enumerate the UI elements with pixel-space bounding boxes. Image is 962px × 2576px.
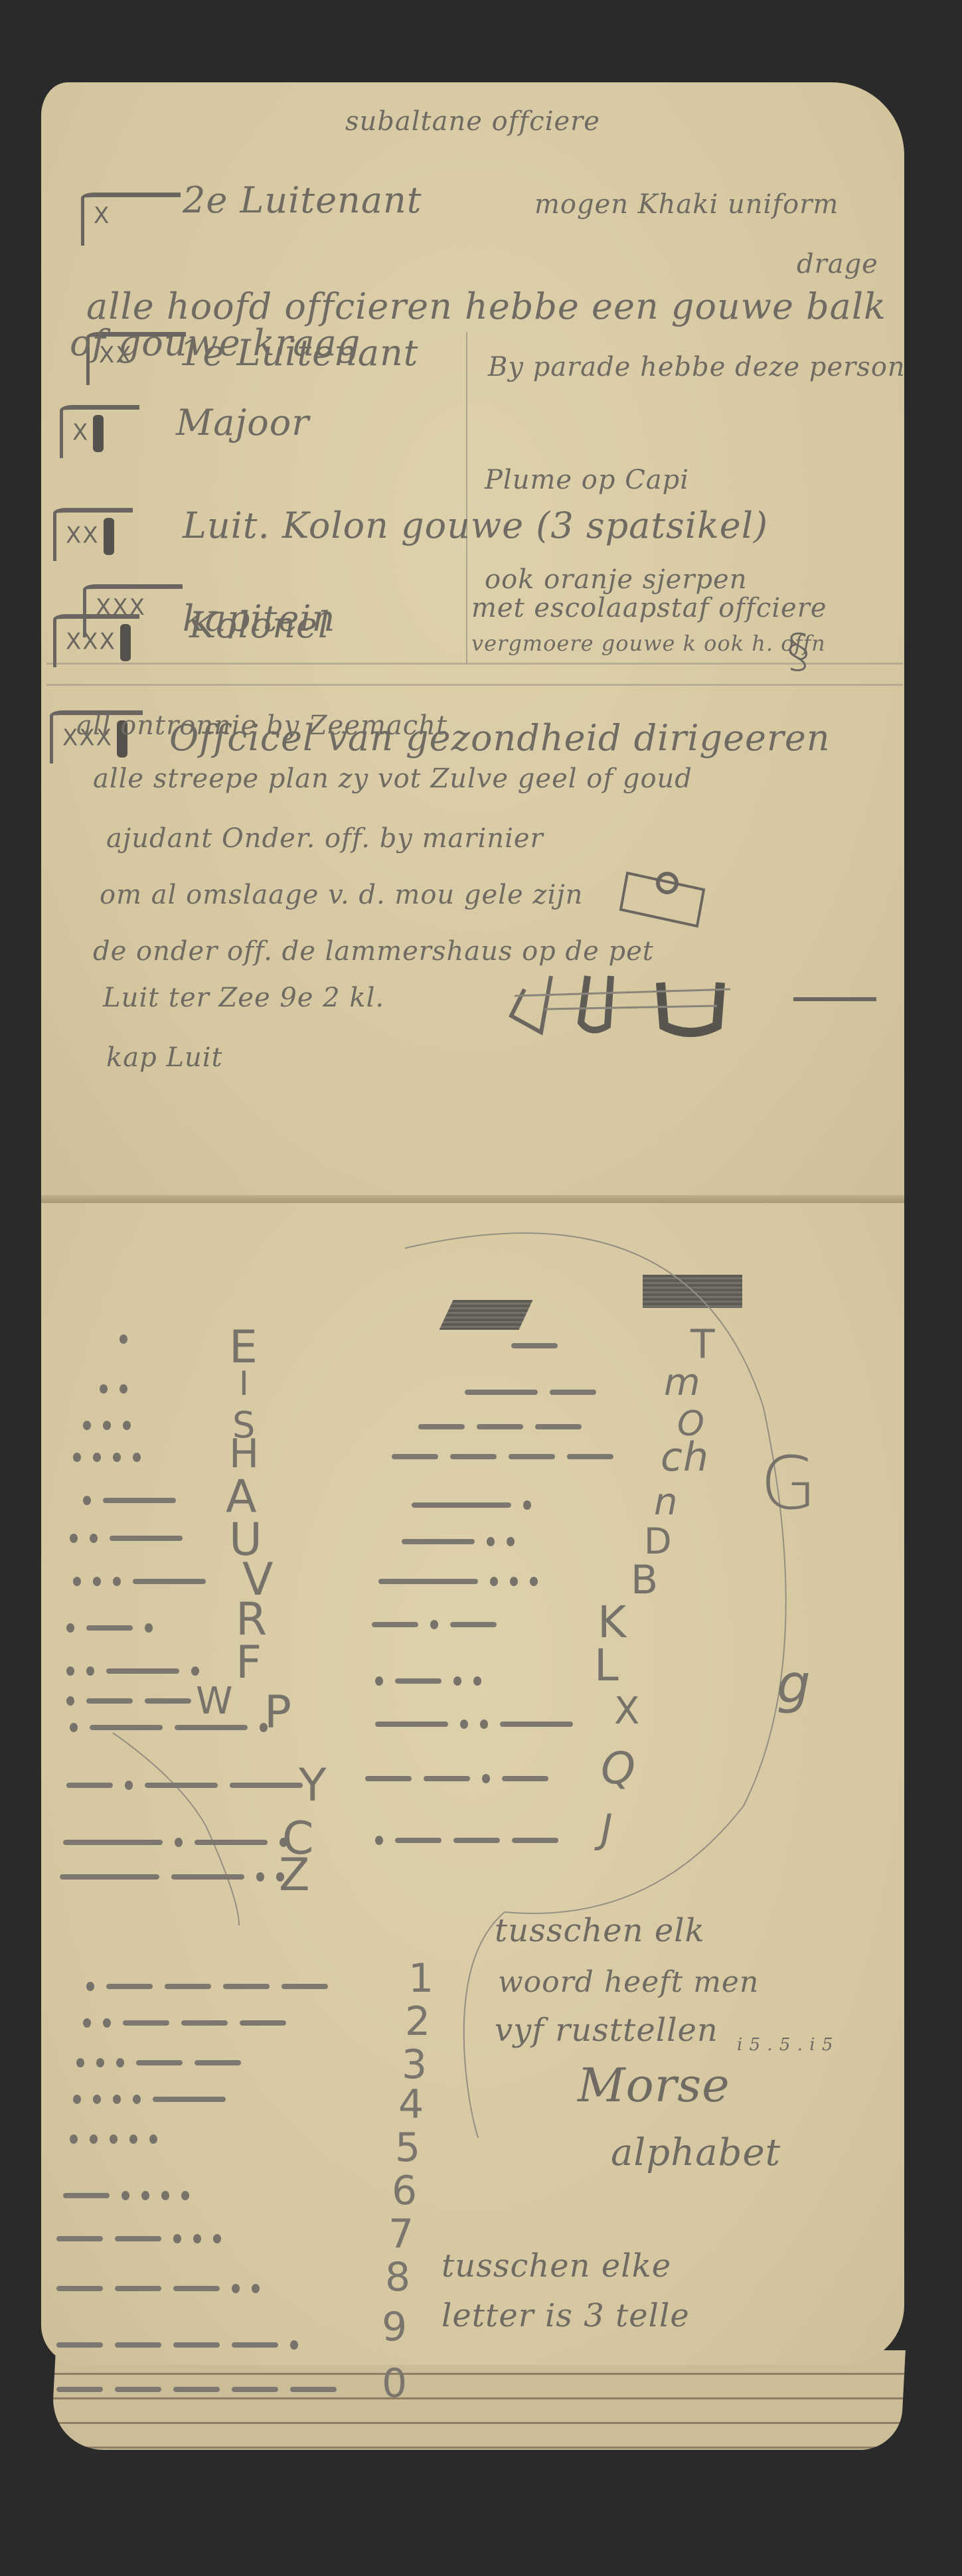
morse-digit: 5 (395, 2125, 420, 2171)
morse-code-x (375, 1720, 573, 1729)
morse-letter: J (601, 1806, 613, 1852)
morse-code-i (100, 1384, 127, 1394)
big-letter-g: G (760, 1441, 817, 1526)
morse-code-2 (83, 2018, 286, 2028)
annotation-dots: i 5 . 5 . i 5 (737, 2035, 833, 2055)
morse-letter: W (196, 1680, 232, 1723)
morse-code-u (70, 1534, 183, 1543)
small-script-g: g (777, 1653, 811, 1715)
morse-code-q (365, 1774, 548, 1783)
morse-code-y (66, 1781, 303, 1790)
morse-code-h (73, 1453, 141, 1462)
morse-code-4 (73, 2095, 226, 2104)
morse-code-c (63, 1838, 287, 1847)
morse-digit: 0 (382, 2360, 407, 2407)
morse-letter: X (614, 1690, 639, 1733)
morse-code-0 (56, 2387, 337, 2392)
morse-code-3 (76, 2058, 241, 2067)
morse-code-k (372, 1620, 497, 1629)
morse-code-r (66, 1623, 153, 1633)
morse-digit: 4 (398, 2081, 424, 2128)
morse-digit: 1 (408, 1955, 434, 2002)
note-line: letter is 3 telle (441, 2297, 690, 2334)
morse-digit: 2 (405, 1998, 430, 2045)
morse-digit: 8 (385, 2254, 410, 2300)
morse-code-w (66, 1696, 191, 1706)
morse-digit: 9 (382, 2304, 407, 2350)
morse-letter: I (239, 1364, 249, 1403)
note-line: vyf rusttellen (495, 2012, 718, 2049)
morse-letter: m (664, 1361, 701, 1404)
morse-digit: 7 (388, 2211, 414, 2257)
morse-letter: Z (279, 1849, 310, 1901)
morse-letter: P (264, 1686, 291, 1739)
morse-code-d (402, 1537, 515, 1546)
morse-code-v (73, 1577, 206, 1586)
morse-letter: Q (601, 1743, 636, 1794)
decorative-curve (0, 0, 962, 2576)
note-line: tusschen elke (441, 2247, 671, 2285)
morse-code-8 (56, 2284, 260, 2293)
morse-code-f (66, 1666, 199, 1676)
morse-letter: D (644, 1520, 672, 1562)
morse-code-n (412, 1500, 531, 1510)
morse-code-p (70, 1723, 268, 1732)
morse-letter: ch (661, 1434, 709, 1481)
note-line: tusschen elk (495, 1912, 705, 1949)
morse-letter: n (654, 1481, 679, 1524)
morse-code-j (375, 1836, 558, 1845)
morse-letter: B (631, 1557, 658, 1603)
note-title-morse: Morse (578, 2058, 730, 2113)
note-title-alphabet: alphabet (611, 2131, 781, 2174)
morse-code-t (511, 1343, 558, 1348)
morse-code-s (83, 1421, 131, 1430)
morse-code-a (83, 1496, 176, 1505)
morse-code-m (465, 1390, 596, 1395)
morse-letter: L (594, 1640, 619, 1691)
morse-code-o (418, 1424, 582, 1429)
morse-code-ch (392, 1454, 613, 1459)
morse-code-5 (70, 2134, 157, 2144)
morse-code-1 (86, 1982, 328, 1991)
morse-code-7 (56, 2234, 221, 2243)
morse-letter: F (236, 1637, 262, 1689)
morse-code-b (378, 1577, 538, 1586)
morse-letter: Y (299, 1759, 327, 1812)
morse-code-6 (63, 2191, 189, 2200)
morse-code-e (120, 1334, 127, 1344)
note-line: woord heeft men (498, 1965, 759, 1999)
morse-code-l (375, 1676, 481, 1686)
morse-digit: 6 (392, 2168, 417, 2214)
morse-code-9 (56, 2340, 298, 2350)
morse-code-z (60, 1872, 284, 1882)
